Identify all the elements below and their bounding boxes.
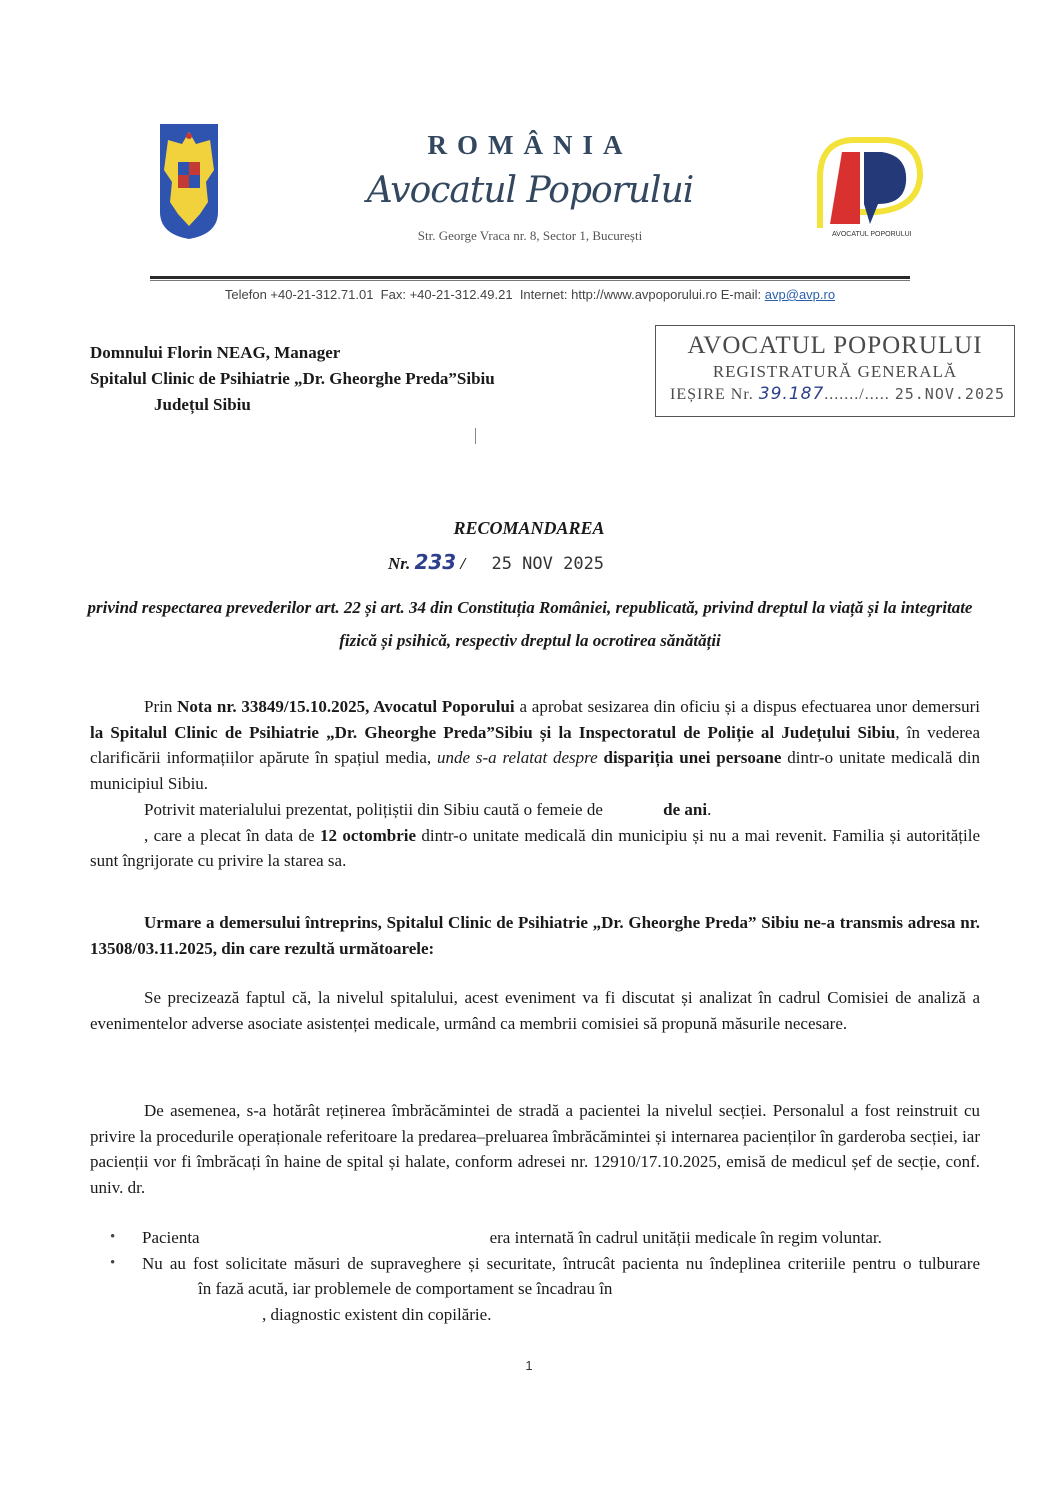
page-number: 1 xyxy=(0,1358,1058,1373)
svg-text:AVOCATUL POPORULUI: AVOCATUL POPORULUI xyxy=(832,231,912,238)
bullet-icon: • xyxy=(110,1225,120,1251)
text-bold: de ani xyxy=(663,800,707,819)
text-italic: unde s-a relatat despre xyxy=(437,748,598,767)
stamp-exit-number: 39.187 xyxy=(759,384,824,404)
avocatul-poporului-logo-icon: AVOCATUL POPORULUI xyxy=(808,128,928,240)
institution-address: Str. George Vraca nr. 8, Sector 1, Bucur… xyxy=(330,228,730,244)
text-bold: 12 octombrie xyxy=(320,826,416,845)
paragraph-5: De asemenea, s-a hotărât reținerea îmbră… xyxy=(90,1098,980,1200)
text: , care a plecat în data de xyxy=(144,826,320,845)
text: , diagnostic existent din copilărie. xyxy=(262,1305,491,1324)
stamp-institution: AVOCATUL POPORULUI xyxy=(656,332,1014,360)
text: Potrivit materialului prezentat, polițiș… xyxy=(144,800,607,819)
list-item: • Nu au fost solicitate măsuri de suprav… xyxy=(110,1251,980,1328)
header-rule xyxy=(150,276,910,279)
text: a aprobat sesizarea din oficiu și a disp… xyxy=(515,697,980,716)
text: Pacienta xyxy=(142,1228,200,1247)
document-date: 25 NOV 2025 xyxy=(491,554,604,574)
website[interactable]: Internet: http://www.avpoporului.ro xyxy=(520,287,717,302)
text-bold: Urmare a demersului întreprins, Spitalul… xyxy=(90,913,980,958)
document-number: 233 xyxy=(414,550,456,574)
addressee-institution: Spitalul Clinic de Psihiatrie „Dr. Gheor… xyxy=(90,366,495,392)
text: în fază acută, iar problemele de comport… xyxy=(198,1279,612,1298)
stamp-separator: ......./..... xyxy=(824,386,889,403)
email-label: E-mail: xyxy=(721,287,761,302)
number-label: Nr. xyxy=(388,554,410,573)
text-bold: la Spitalul Clinic de Psihiatrie „Dr. Gh… xyxy=(90,723,895,742)
number-separator: / xyxy=(460,554,465,573)
text-bold: Nota nr. 33849/15.10.2025, Avocatul Popo… xyxy=(177,697,515,716)
paragraph-3: Urmare a demersului întreprins, Spitalul… xyxy=(90,910,980,961)
phone: Telefon +40-21-312.71.01 xyxy=(225,287,374,302)
text: Nu au fost solicitate măsuri de supraveg… xyxy=(142,1254,980,1273)
fax: Fax: +40-21-312.49.21 xyxy=(381,287,513,302)
addressee-block: Domnului Florin NEAG, Manager Spitalul C… xyxy=(90,340,495,418)
paragraph-1: Prin Nota nr. 33849/15.10.2025, Avocatul… xyxy=(90,694,980,796)
addressee-county: Județul Sibiu xyxy=(90,392,495,418)
header-rule-thin xyxy=(150,280,910,281)
stamp-exit-line: IEȘIRE Nr. 39.187......./..... 25.NOV.20… xyxy=(656,384,1014,404)
paragraph-2-line-1: Potrivit materialului prezentat, polițiș… xyxy=(90,797,980,823)
stamp-registry: REGISTRATURĂ GENERALĂ xyxy=(656,362,1014,382)
romania-coat-of-arms-icon xyxy=(158,122,220,240)
stamp-exit-label: IEȘIRE Nr. xyxy=(670,386,754,403)
email-link[interactable]: avp@avp.ro xyxy=(765,287,835,302)
document-number-line: Nr. 233 / 25 NOV 2025 xyxy=(388,550,604,574)
scan-mark xyxy=(475,428,476,444)
text: . xyxy=(707,800,711,819)
text-bold: dispariția unei persoane xyxy=(598,748,782,767)
institution-name: Avocatul Poporului xyxy=(330,170,730,211)
addressee-name: Domnului Florin NEAG, Manager xyxy=(90,340,495,366)
bullet-list: • Pacientaera internată în cadrul unităț… xyxy=(110,1225,980,1327)
registry-stamp: AVOCATUL POPORULUI REGISTRATURĂ GENERALĂ… xyxy=(655,325,1015,417)
text: era internată în cadrul unității medical… xyxy=(490,1228,882,1247)
document-subject: privind respectarea prevederilor art. 22… xyxy=(80,591,980,657)
country-name: ROMÂNIA xyxy=(380,130,680,161)
paragraph-2: Potrivit materialului prezentat, polițiș… xyxy=(90,797,980,874)
list-item: • Pacientaera internată în cadrul unităț… xyxy=(110,1225,980,1251)
contact-line: Telefon +40-21-312.71.01 Fax: +40-21-312… xyxy=(150,287,910,302)
bullet-icon: • xyxy=(110,1251,120,1277)
document-title: RECOMANDAREA xyxy=(0,518,1058,539)
paragraph-2-line-2: , care a plecat în data de 12 octombrie … xyxy=(90,823,980,874)
text: Prin xyxy=(144,697,177,716)
paragraph-4: Se precizează faptul că, la nivelul spit… xyxy=(90,985,980,1036)
stamp-date: 25.NOV.2025 xyxy=(895,385,1005,403)
